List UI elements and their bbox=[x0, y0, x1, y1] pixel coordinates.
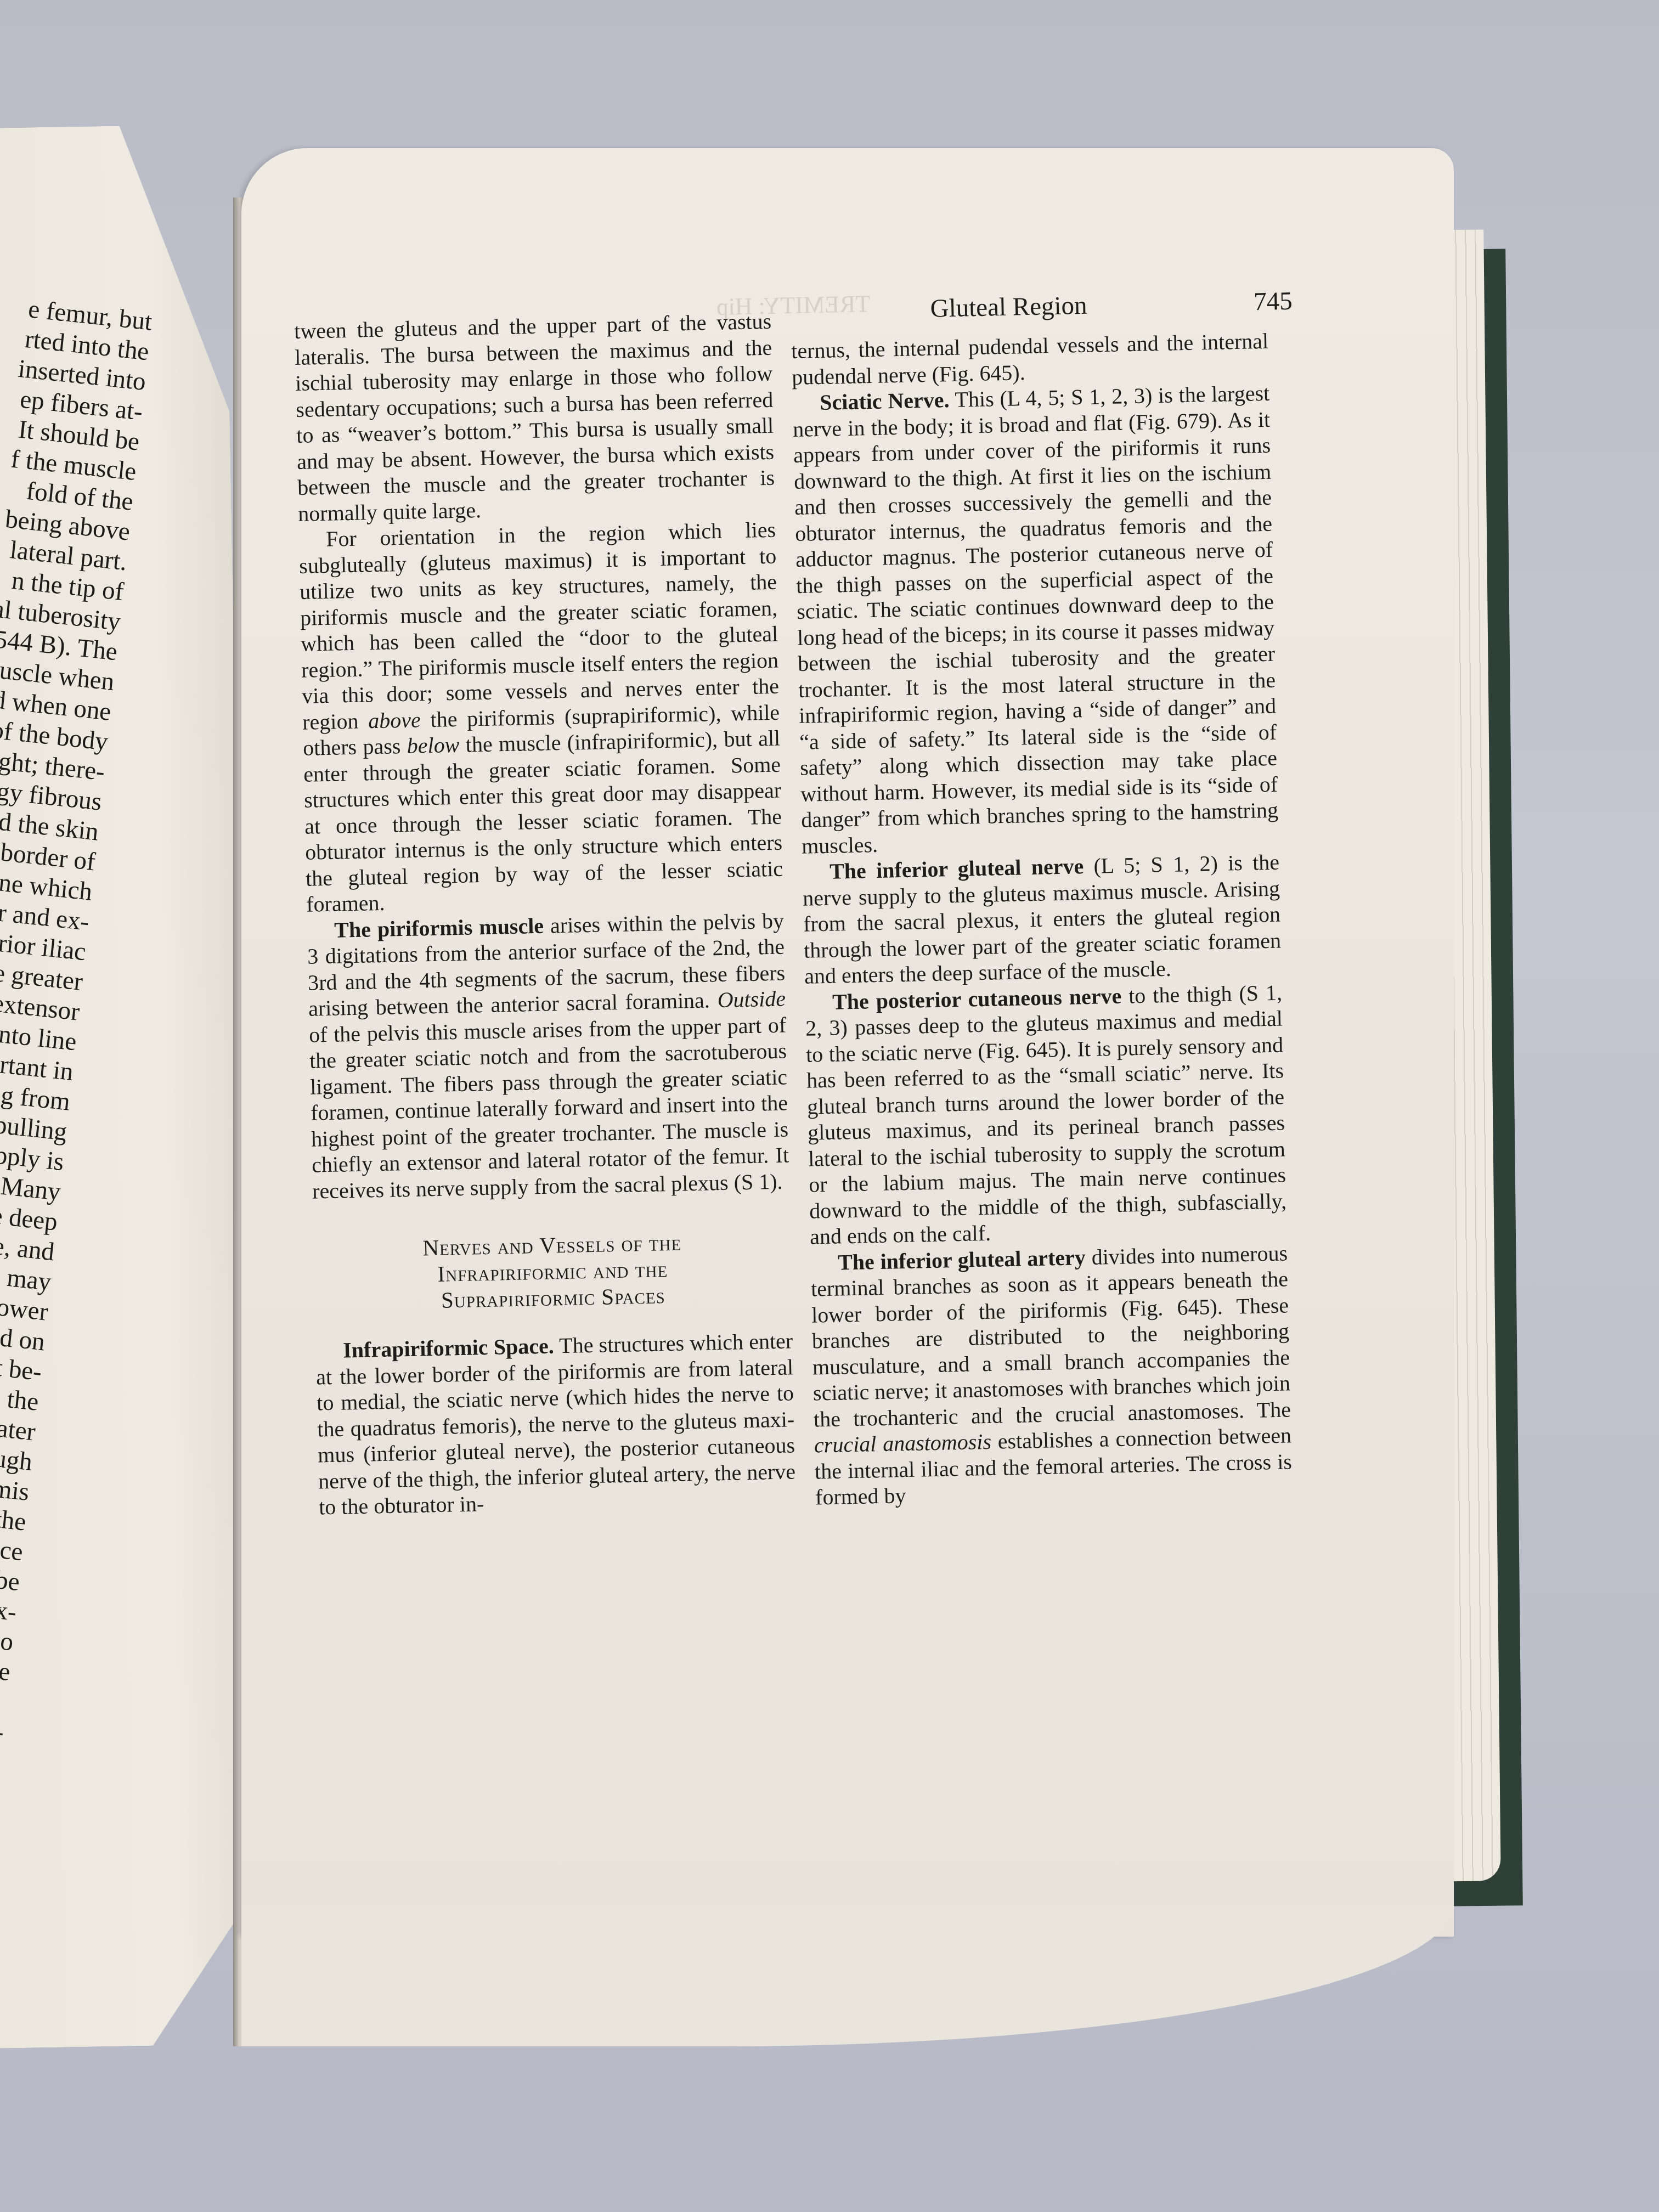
term-bold: Sciatic Nerve. bbox=[820, 387, 950, 415]
term-bold: Infrapiriformic Space. bbox=[343, 1333, 554, 1362]
page-number: 745 bbox=[1254, 286, 1293, 317]
paragraph: tween the gluteus and the upper part of … bbox=[294, 308, 776, 527]
paragraph: The inferior gluteal artery divides into… bbox=[810, 1240, 1293, 1510]
term-bold: The inferior gluteal nerve bbox=[830, 854, 1084, 884]
text-column-right: ternus, the internal pudendal vessels an… bbox=[791, 328, 1293, 1510]
paragraph: Sciatic Nerve. This (L 4, 5; S 1, 2, 3) … bbox=[792, 380, 1279, 859]
paragraph: For orientation in the region which lies… bbox=[298, 517, 784, 918]
paragraph: The inferior gluteal nerve (L 5; S 1, 2)… bbox=[802, 849, 1282, 990]
paragraph: The posterior cutaneous nerve to the thi… bbox=[805, 979, 1288, 1250]
running-head-title: Gluteal Region bbox=[930, 291, 1087, 324]
paragraph: Infrapiriformic Space. The structures wh… bbox=[315, 1328, 797, 1520]
term-bold: The inferior gluteal artery bbox=[838, 1245, 1086, 1274]
term-bold: The posterior cutaneous nerve bbox=[832, 983, 1122, 1014]
photo-scene: e femur, butrted into theinserted intoep… bbox=[0, 0, 1659, 2212]
section-heading: Nerves and Vessels of the Infrapiriformi… bbox=[313, 1227, 792, 1316]
term-bold: The piriformis muscle bbox=[334, 913, 544, 942]
paragraph: The piriformis muscle arises within the … bbox=[307, 907, 790, 1204]
paragraph: ternus, the internal pudendal vessels an… bbox=[791, 328, 1269, 390]
text-column-left: tween the gluteus and the upper part of … bbox=[294, 308, 797, 1520]
